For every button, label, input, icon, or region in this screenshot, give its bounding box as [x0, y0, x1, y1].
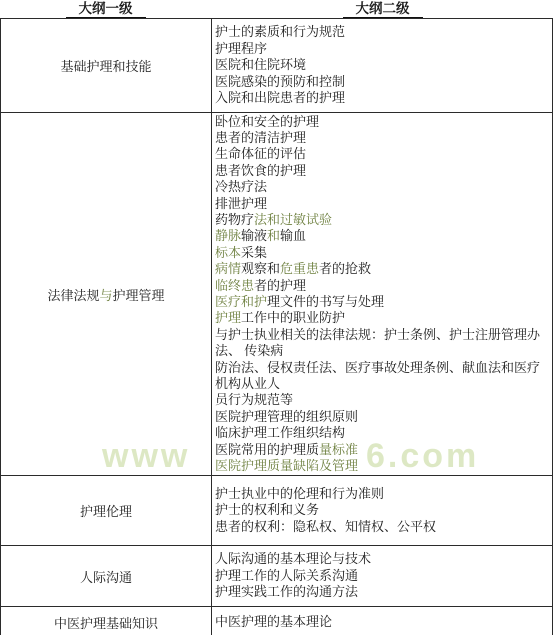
outline-item: 排泄护理: [215, 196, 552, 212]
header-cell-level2: 大纲二级: [211, 0, 554, 19]
outline-item: 与护士执业相关的法律法规：护士条例、护士注册管理办: [215, 327, 552, 343]
outline-item-segment: 观察和: [241, 261, 280, 276]
level1-text-segment: 护理伦理: [80, 504, 132, 519]
outline-item-segment: 排泄护理: [215, 196, 267, 211]
outline-item: 病情观察和危重患者的抢救: [215, 261, 552, 277]
outline-item-segment: 医院护理质量缺陷及管理: [215, 458, 358, 473]
document-page: 大纲一级 大纲二级 基础护理和技能护士的素质和行为规范护理程序医院和住院环境医院…: [0, 0, 554, 635]
outline-item-segment: 医院感染的预防和控制: [215, 74, 345, 89]
outline-item-segment: 患者饮食的护理: [215, 163, 306, 178]
outline-item: 卧位和安全的护理: [215, 114, 552, 130]
level1-cell: 护理伦理: [1, 476, 212, 546]
level1-text-segment: 与: [99, 288, 112, 303]
outline-item: 药物疗法和过敏试验: [215, 212, 552, 228]
outline-item-segment: 理文件的书写与处理: [267, 294, 384, 309]
outline-item-segment: 药物疗: [215, 212, 254, 227]
outline-item-segment: 法、 传染病: [215, 343, 283, 358]
outline-item-segment: 护理程序: [215, 41, 267, 56]
outline-item-segment: 入院和出院患者的护理: [215, 90, 345, 105]
outline-item-segment: 患者的清洁护理: [215, 130, 306, 145]
column-header-level2: 大纲二级: [343, 1, 423, 19]
table-row: 护理伦理护士执业中的伦理和行为准则护士的权利和义务患者的权利：隐私权、知情权、公…: [1, 476, 553, 546]
outline-item: 护理程序: [215, 41, 552, 57]
outline-item-segment: 采集: [241, 245, 267, 260]
outline-item-segment: 护士的素质和行为规范: [215, 24, 345, 39]
table-row: 中医护理基础知识中医护理的基本理论: [1, 607, 553, 635]
outline-item: 临床护理工作组织结构: [215, 425, 552, 441]
header-cell-level1: 大纲一级: [0, 0, 211, 19]
outline-item-segment: 者的抢救: [319, 261, 371, 276]
outline-item: 患者的清洁护理: [215, 130, 552, 146]
outline-item: 护理实践工作的沟通方法: [215, 584, 552, 600]
outline-item-segment: 医院和住院环境: [215, 57, 306, 72]
table-row: 法律法规与护理管理卧位和安全的护理患者的清洁护理生命体征的评估患者饮食的护理冷热…: [1, 113, 553, 476]
outline-table: 基础护理和技能护士的素质和行为规范护理程序医院和住院环境医院感染的预防和控制入院…: [0, 18, 553, 635]
outline-item: 护士执业中的伦理和行为准则: [215, 486, 552, 502]
table-header-row: 大纲一级 大纲二级: [0, 0, 554, 18]
outline-item: 人际沟通的基本理论与技术: [215, 551, 552, 567]
level1-cell: 法律法规与护理管理: [1, 113, 212, 476]
outline-item-segment: 患者的权利：隐私权、知情权、公平权: [215, 519, 436, 534]
outline-item-segment: 静脉: [215, 228, 241, 243]
level1-text-segment: 人际沟通: [80, 570, 132, 585]
outline-item-segment: 医院护理管理的组织原则: [215, 409, 358, 424]
level1-cell: 中医护理基础知识: [1, 607, 212, 635]
outline-item-segment: 中医护理的基本理论: [215, 614, 332, 629]
level1-text-segment: 法律法规: [47, 288, 99, 303]
outline-item-segment: 工作中的职业防护: [241, 310, 345, 325]
outline-item-segment: 和: [267, 228, 280, 243]
outline-item: 机构从业人: [215, 376, 552, 392]
table-row: 人际沟通人际沟通的基本理论与技术护理工作的人际关系沟通护理实践工作的沟通方法: [1, 546, 553, 607]
outline-item-segment: 医疗和护: [215, 294, 267, 309]
level2-cell: 中医护理的基本理论: [212, 607, 553, 635]
outline-item-segment: 输血: [280, 228, 306, 243]
outline-item: 冷热疗法: [215, 179, 552, 195]
table-row: 基础护理和技能护士的素质和行为规范护理程序医院和住院环境医院感染的预防和控制入院…: [1, 19, 553, 113]
outline-item: 护士的权利和义务: [215, 502, 552, 518]
level1-text-segment: 护理管理: [113, 288, 165, 303]
outline-item: 防治法、侵权责任法、医疗事故处理条例、献血法和医疗: [215, 360, 552, 376]
outline-item: 法、 传染病: [215, 343, 552, 359]
outline-item-segment: 人际沟通的基本理论与技术: [215, 551, 371, 566]
outline-item-segment: 与护士执业相关的法律法规：护士条例、护士注册管理办: [215, 327, 540, 342]
outline-item: 员行为规范等: [215, 392, 552, 408]
level2-cell: 卧位和安全的护理患者的清洁护理生命体征的评估患者饮食的护理冷热疗法排泄护理药物疗…: [212, 113, 553, 476]
outline-item-segment: 危重患: [280, 261, 319, 276]
outline-item: 生命体征的评估: [215, 146, 552, 162]
outline-item: 患者的权利：隐私权、知情权、公平权: [215, 519, 552, 535]
outline-item-segment: 员行为规范等: [215, 392, 293, 407]
outline-item-segment: 标本: [215, 245, 241, 260]
outline-item-segment: 机构从业人: [215, 376, 280, 391]
outline-item-segment: 生命体征的评估: [215, 146, 306, 161]
outline-item: 医院和住院环境: [215, 57, 552, 73]
outline-item: 医院感染的预防和控制: [215, 74, 552, 90]
outline-item-segment: 者的护理: [254, 278, 306, 293]
outline-item-segment: 护士执业中的伦理和行为准则: [215, 486, 384, 501]
outline-item-segment: 护理: [215, 310, 241, 325]
level1-cell: 人际沟通: [1, 546, 212, 607]
outline-item-segment: 护理工作的人际关系沟通: [215, 568, 358, 583]
level2-cell: 护士的素质和行为规范护理程序医院和住院环境医院感染的预防和控制入院和出院患者的护…: [212, 19, 553, 113]
level1-text-segment: 中医护理基础知识: [54, 616, 158, 631]
outline-item-segment: 卧位和安全的护理: [215, 114, 319, 129]
outline-item-segment: 护士的权利和义务: [215, 502, 319, 517]
outline-item-segment: 护理实践工作的沟通方法: [215, 584, 358, 599]
outline-item: 入院和出院患者的护理: [215, 90, 552, 106]
outline-item: 医院护理管理的组织原则: [215, 409, 552, 425]
outline-item-segment: 法和过敏试验: [254, 212, 332, 227]
outline-item: 静脉输液和输血: [215, 228, 552, 244]
outline-table-body: 基础护理和技能护士的素质和行为规范护理程序医院和住院环境医院感染的预防和控制入院…: [1, 19, 553, 635]
outline-item-segment: 量标准: [319, 442, 358, 457]
outline-item-segment: 冷热疗法: [215, 179, 267, 194]
outline-item: 患者饮食的护理: [215, 163, 552, 179]
column-header-level1: 大纲一级: [66, 1, 146, 19]
outline-item: 护理工作中的职业防护: [215, 310, 552, 326]
outline-item: 医院常用的护理质量标准: [215, 442, 552, 458]
level1-text-segment: 基础护理和技能: [60, 59, 151, 74]
level2-cell: 人际沟通的基本理论与技术护理工作的人际关系沟通护理实践工作的沟通方法: [212, 546, 553, 607]
outline-item: 医疗和护理文件的书写与处理: [215, 294, 552, 310]
outline-item-segment: 医院常用的护理质: [215, 442, 319, 457]
level2-cell: 护士执业中的伦理和行为准则护士的权利和义务患者的权利：隐私权、知情权、公平权: [212, 476, 553, 546]
outline-item-segment: 病情: [215, 261, 241, 276]
outline-item: 中医护理的基本理论: [215, 614, 552, 630]
level1-cell: 基础护理和技能: [1, 19, 212, 113]
outline-item: 医院护理质量缺陷及管理: [215, 458, 552, 474]
outline-item-segment: 临终患: [215, 278, 254, 293]
outline-item: 护理工作的人际关系沟通: [215, 568, 552, 584]
outline-item: 临终患者的护理: [215, 278, 552, 294]
outline-item-segment: 输液: [241, 228, 267, 243]
outline-item-segment: 防治法、侵权责任法、医疗事故处理条例、献血法和医疗: [215, 360, 540, 375]
outline-item-segment: 临床护理工作组织结构: [215, 425, 345, 440]
outline-item: 标本采集: [215, 245, 552, 261]
outline-item: 护士的素质和行为规范: [215, 24, 552, 40]
